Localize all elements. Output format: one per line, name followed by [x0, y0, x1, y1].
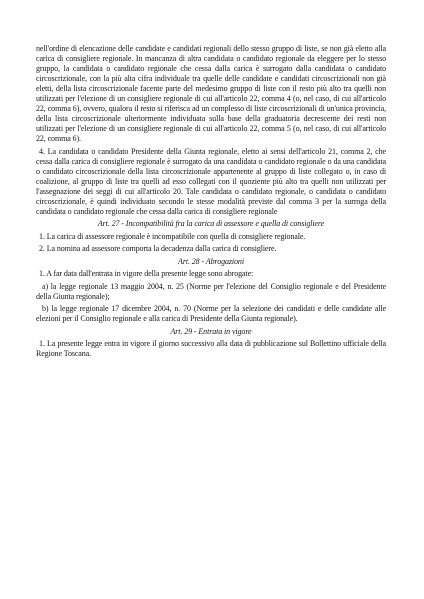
paragraph: 1. A far data dall'entrata in vigore del…	[36, 269, 386, 279]
paragraph: b) la legge regionale 17 dicembre 2004, …	[36, 304, 386, 324]
article-heading: Art. 27 - Incompatibilità fra la carica …	[36, 219, 386, 229]
document-page: nell'ordine di elencazione delle candida…	[0, 0, 424, 599]
document-body: nell'ordine di elencazione delle candida…	[36, 44, 386, 359]
paragraph: a) la legge regionale 13 maggio 2004, n.…	[36, 282, 386, 302]
article-heading: Art. 28 - Abrogazioni	[36, 257, 386, 267]
paragraph: 1. La carica di assessore regionale è in…	[36, 232, 386, 242]
article-heading: Art. 29 - Entrata in vigore	[36, 327, 386, 337]
paragraph: 1. La presente legge entra in vigore il …	[36, 339, 386, 359]
paragraph: 4. La candidata o candidato Presidente d…	[36, 147, 386, 217]
paragraph: 2. La nomina ad assessore comporta la de…	[36, 244, 386, 254]
paragraph: nell'ordine di elencazione delle candida…	[36, 44, 386, 144]
